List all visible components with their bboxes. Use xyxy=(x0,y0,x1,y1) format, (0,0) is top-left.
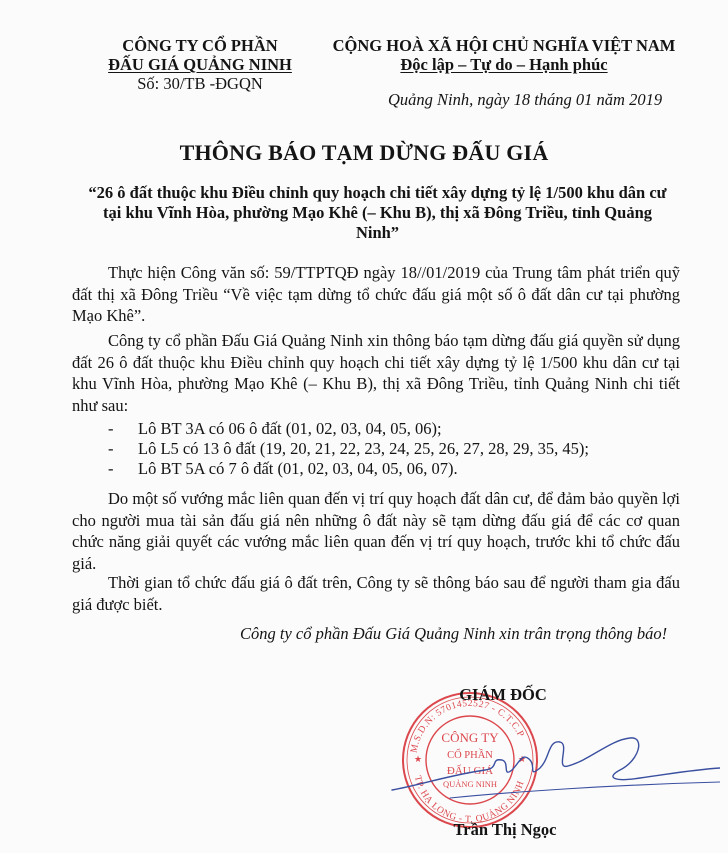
signatory-name: Trần Thị Ngọc xyxy=(430,820,580,840)
list-item-text: Lô L5 có 13 ô đất (19, 20, 21, 22, 23, 2… xyxy=(138,439,589,459)
paragraph-announcement: Công ty cổ phần Đấu Giá Quảng Ninh xin t… xyxy=(72,330,680,416)
list-item: - Lô BT 3A có 06 ô đất (01, 02, 03, 04, … xyxy=(108,419,589,439)
list-marker: - xyxy=(108,419,138,439)
handwritten-signature-icon xyxy=(390,730,720,810)
list-item: - Lô L5 có 13 ô đất (19, 20, 21, 22, 23,… xyxy=(108,439,589,459)
signatory-title: GIÁM ĐỐC xyxy=(428,685,578,705)
organization-line2: ĐẤU GIÁ QUẢNG NINH xyxy=(100,55,300,74)
closing-line: Công ty cổ phần Đấu Giá Quảng Ninh xin t… xyxy=(240,624,667,644)
national-header: CỘNG HOÀ XÃ HỘI CHỦ NGHĨA VIỆT NAM Độc l… xyxy=(315,36,693,74)
organization-header: CÔNG TY CỔ PHẦN ĐẤU GIÁ QUẢNG NINH Số: 3… xyxy=(100,36,300,93)
place-date: Quảng Ninh, ngày 18 tháng 01 năm 2019 xyxy=(388,90,662,110)
paragraph-schedule: Thời gian tổ chức đấu giá ô đất trên, Cô… xyxy=(72,572,680,615)
list-item-text: Lô BT 5A có 7 ô đất (01, 02, 03, 04, 05,… xyxy=(138,459,458,479)
paragraph-reason: Do một số vướng mắc liên quan đến vị trí… xyxy=(72,488,680,574)
document-number: Số: 30/TB -ĐGQN xyxy=(100,74,300,93)
paragraph-reference: Thực hiện Công văn số: 59/TTPTQĐ ngày 18… xyxy=(72,262,680,327)
document-subtitle: “26 ô đất thuộc khu Điều chỉnh quy hoạch… xyxy=(80,183,675,243)
nation-title: CỘNG HOÀ XÃ HỘI CHỦ NGHĨA VIỆT NAM xyxy=(315,36,693,55)
organization-line1: CÔNG TY CỔ PHẦN xyxy=(100,36,300,55)
document-title: THÔNG BÁO TẠM DỪNG ĐẤU GIÁ xyxy=(0,140,728,166)
nation-motto: Độc lập – Tự do – Hạnh phúc xyxy=(315,55,693,74)
lot-list: - Lô BT 3A có 06 ô đất (01, 02, 03, 04, … xyxy=(108,419,589,479)
list-marker: - xyxy=(108,459,138,479)
document-page: CÔNG TY CỔ PHẦN ĐẤU GIÁ QUẢNG NINH Số: 3… xyxy=(0,0,728,853)
list-item: - Lô BT 5A có 7 ô đất (01, 02, 03, 04, 0… xyxy=(108,459,589,479)
list-item-text: Lô BT 3A có 06 ô đất (01, 02, 03, 04, 05… xyxy=(138,419,442,439)
list-marker: - xyxy=(108,439,138,459)
